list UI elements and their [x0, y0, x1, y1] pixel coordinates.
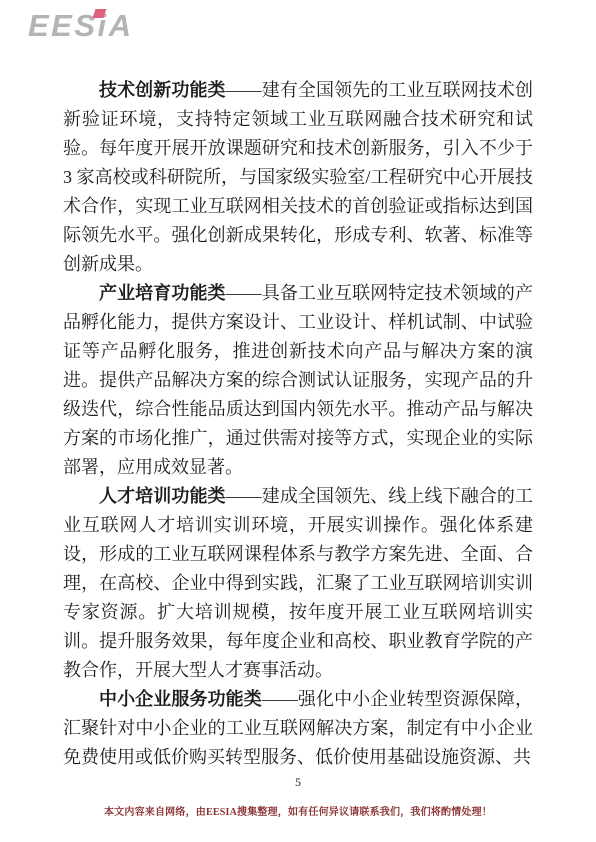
paragraph-tech-innovation: 技术创新功能类——建有全国领先的工业互联网技术创新验证环境，支持特定领域工业互联… — [63, 76, 533, 279]
paragraph-heading: 人才培训功能类 — [99, 486, 226, 506]
em-dash: —— — [226, 283, 262, 303]
paragraph-text: 建有全国领先的工业互联网技术创新验证环境，支持特定领域工业互联网融合技术研究和试… — [63, 80, 533, 274]
em-dash: —— — [262, 689, 298, 709]
paragraph-heading: 技术创新功能类 — [99, 80, 226, 100]
document-page: EESiA 技术创新功能类——建有全国领先的工业互联网技术创新验证环境，支持特定… — [0, 0, 596, 842]
footer-disclaimer: 本文内容来自网络，由EESIA搜集整理，如有任何异议请联系我们，我们将酌情处理！ — [0, 803, 596, 818]
paragraph-industry-incubation: 产业培育功能类——具备工业互联网特定技术领域的产品孵化能力，提供方案设计、工业设… — [63, 279, 533, 482]
paragraph-text: 建成全国领先、线上线下融合的工业互联网人才培训实训环境，开展实训操作。强化体系建… — [63, 486, 533, 680]
document-body: 技术创新功能类——建有全国领先的工业互联网技术创新验证环境，支持特定领域工业互联… — [63, 76, 533, 772]
paragraph-text: 具备工业互联网特定技术领域的产品孵化能力，提供方案设计、工业设计、样机试制、中试… — [63, 283, 533, 477]
paragraph-heading: 产业培育功能类 — [99, 283, 226, 303]
brand-logo: EESiA — [28, 6, 134, 46]
em-dash: —— — [226, 486, 262, 506]
em-dash: —— — [226, 80, 262, 100]
brand-logo-text: EESiA — [28, 8, 134, 43]
page-number: 5 — [0, 775, 596, 790]
paragraph-talent-training: 人才培训功能类——建成全国领先、线上线下融合的工业互联网人才培训实训环境，开展实… — [63, 482, 533, 685]
paragraph-heading: 中小企业服务功能类 — [99, 689, 262, 709]
paragraph-sme-services: 中小企业服务功能类——强化中小企业转型资源保障，汇聚针对中小企业的工业互联网解决… — [63, 685, 533, 772]
